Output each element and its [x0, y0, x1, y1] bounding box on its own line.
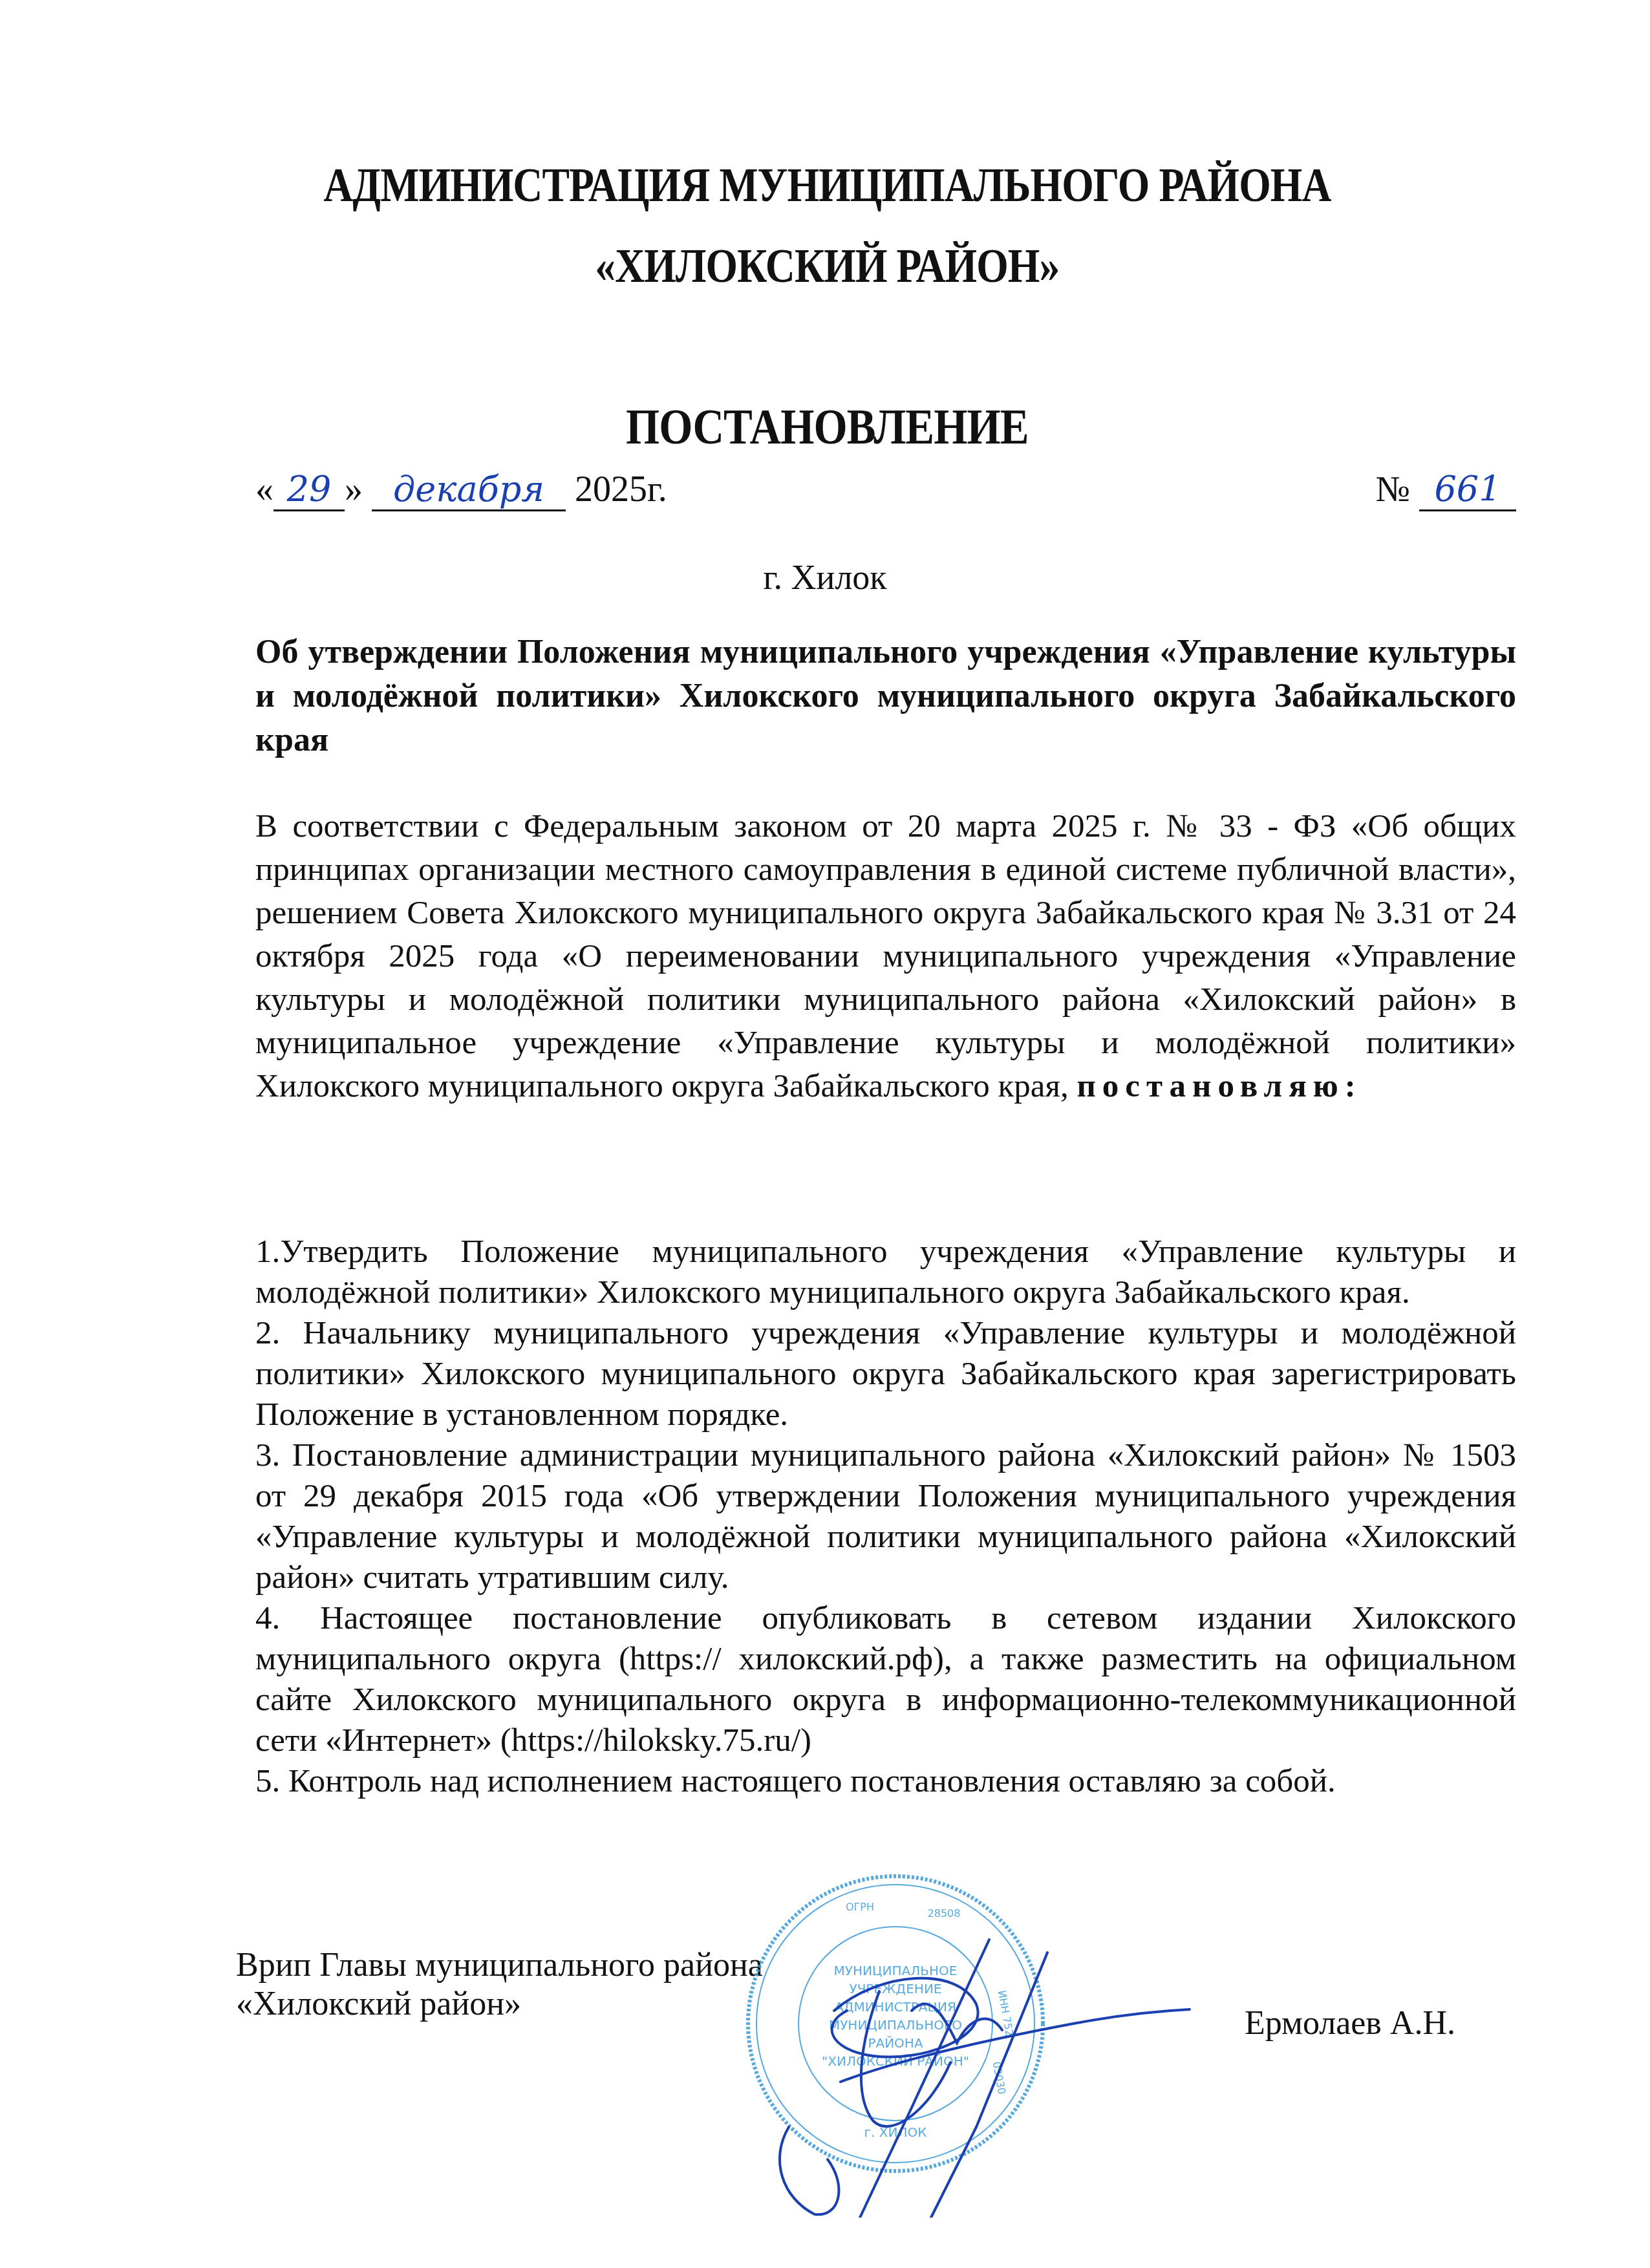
document-type-title: ПОСТАНОВЛЕНИЕ [118, 398, 1537, 456]
number-label: № [1376, 469, 1410, 509]
quote-open: « [255, 469, 273, 509]
city-line: г. Хилок [0, 557, 1650, 597]
number-value: 661 [1419, 469, 1516, 511]
date-field: «29» декабря 2025г. [255, 469, 667, 509]
date-number-row: «29» декабря 2025г. № 661 [255, 469, 1516, 533]
decree-item: 3. Постановление администрации муниципал… [255, 1435, 1516, 1598]
signatory-position: Врип Главы муниципального района «Хилокс… [236, 1946, 763, 2024]
decree-item: 5. Контроль над исполнением настоящего п… [255, 1761, 1516, 1802]
preamble-text: В соответствии с Федеральным законом от … [255, 808, 1516, 1104]
position-line-1: Врип Главы муниципального района [236, 1946, 763, 1985]
signatory-name: Ермолаев А.Н. [1245, 2004, 1455, 2042]
date-month: декабря [372, 469, 566, 511]
subject-heading: Об утверждении Положения муниципального … [255, 630, 1516, 762]
decree-item: 2. Начальнику муниципального учреждения … [255, 1313, 1516, 1435]
quote-close: » [345, 469, 363, 509]
position-line-2: «Хилокский район» [236, 1985, 763, 2024]
header-line-1: АДМИНИСТРАЦИЯ МУНИЦИПАЛЬНОГО РАЙОНА [118, 158, 1537, 213]
decree-item: 1.Утвердить Положение муниципального учр… [255, 1232, 1516, 1313]
stamp-ring-text: ОГРН [846, 1901, 874, 1913]
decree-items: 1.Утвердить Положение муниципального учр… [255, 1232, 1516, 1802]
date-year: 2025г. [575, 469, 667, 509]
decree-word: постановляю: [1077, 1068, 1362, 1104]
header-line-2: «ХИЛОКСКИЙ РАЙОН» [118, 239, 1537, 294]
handwritten-signature-icon [763, 1914, 1267, 2218]
preamble-paragraph: В соответствии с Федеральным законом от … [255, 805, 1516, 1108]
date-day: 29 [273, 469, 345, 511]
decree-item: 4. Настоящее постановление опубликовать … [255, 1598, 1516, 1761]
document-number: № 661 [1376, 469, 1516, 511]
